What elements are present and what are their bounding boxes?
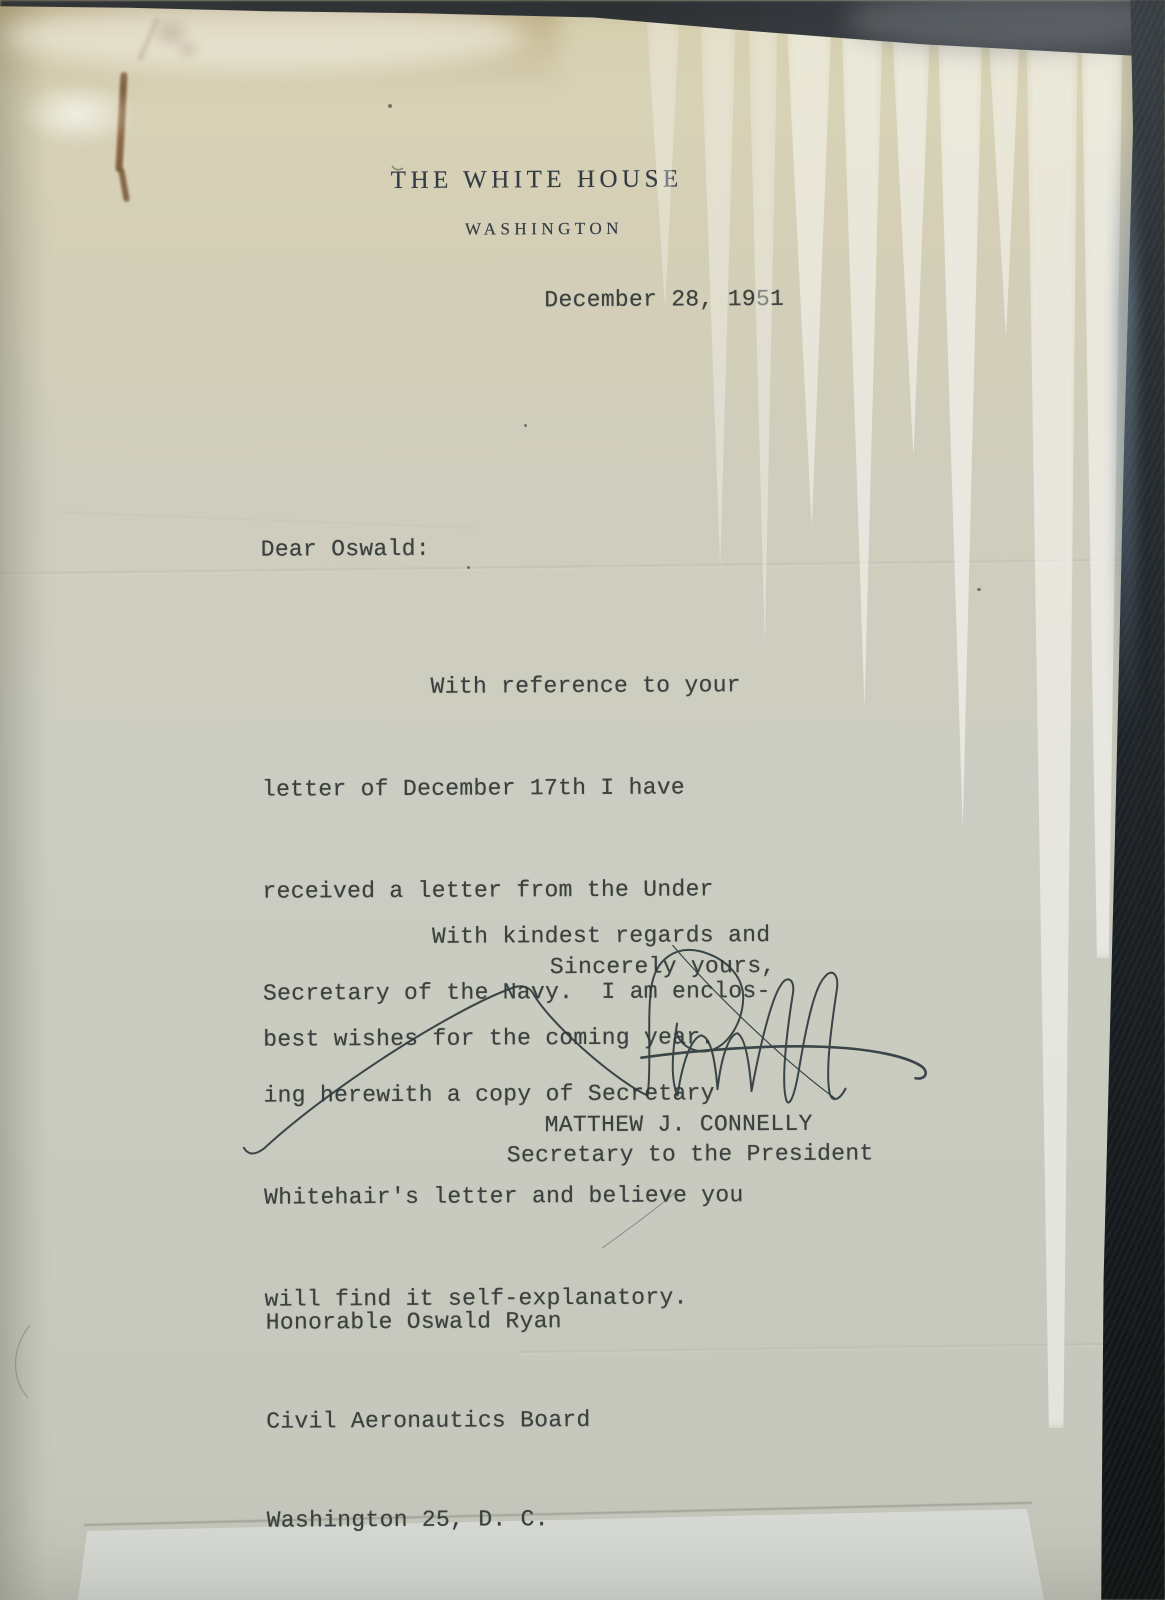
glare-spot — [0, 72, 156, 156]
body-line: letter of December 17th I have — [262, 770, 770, 807]
salutation: Dear Oswald: — [261, 532, 430, 567]
letterhead-organization: THE WHITE HOUSE — [391, 165, 683, 195]
body-line: best wishes for the coming year. — [263, 1020, 771, 1057]
body-line: With reference to your — [261, 668, 769, 705]
body-paragraph-2: With kindest regards and best wishes for… — [262, 850, 771, 1125]
recipient-line: Civil Aeronautics Board — [266, 1404, 591, 1439]
letterhead-location: WASHINGTON — [465, 219, 623, 240]
letter-photo: THE WHITE HOUSE WASHINGTON December 28, … — [0, 0, 1165, 1600]
recipient-address: Honorable Oswald Ryan Civil Aeronautics … — [265, 1239, 591, 1600]
recipient-line: Washington 25, D. C. — [267, 1503, 592, 1538]
closing-line: Sincerely yours, — [550, 949, 776, 984]
signer-title: Secretary to the President — [507, 1136, 874, 1172]
letter-content: THE WHITE HOUSE WASHINGTON December 28, … — [0, 0, 1165, 1600]
recipient-line: Honorable Oswald Ryan — [266, 1305, 591, 1340]
date-line: December 28, 1951 — [544, 282, 784, 317]
body-line: Whitehair's letter and believe you — [264, 1178, 772, 1215]
album-edge-highlight — [1115, 120, 1137, 740]
